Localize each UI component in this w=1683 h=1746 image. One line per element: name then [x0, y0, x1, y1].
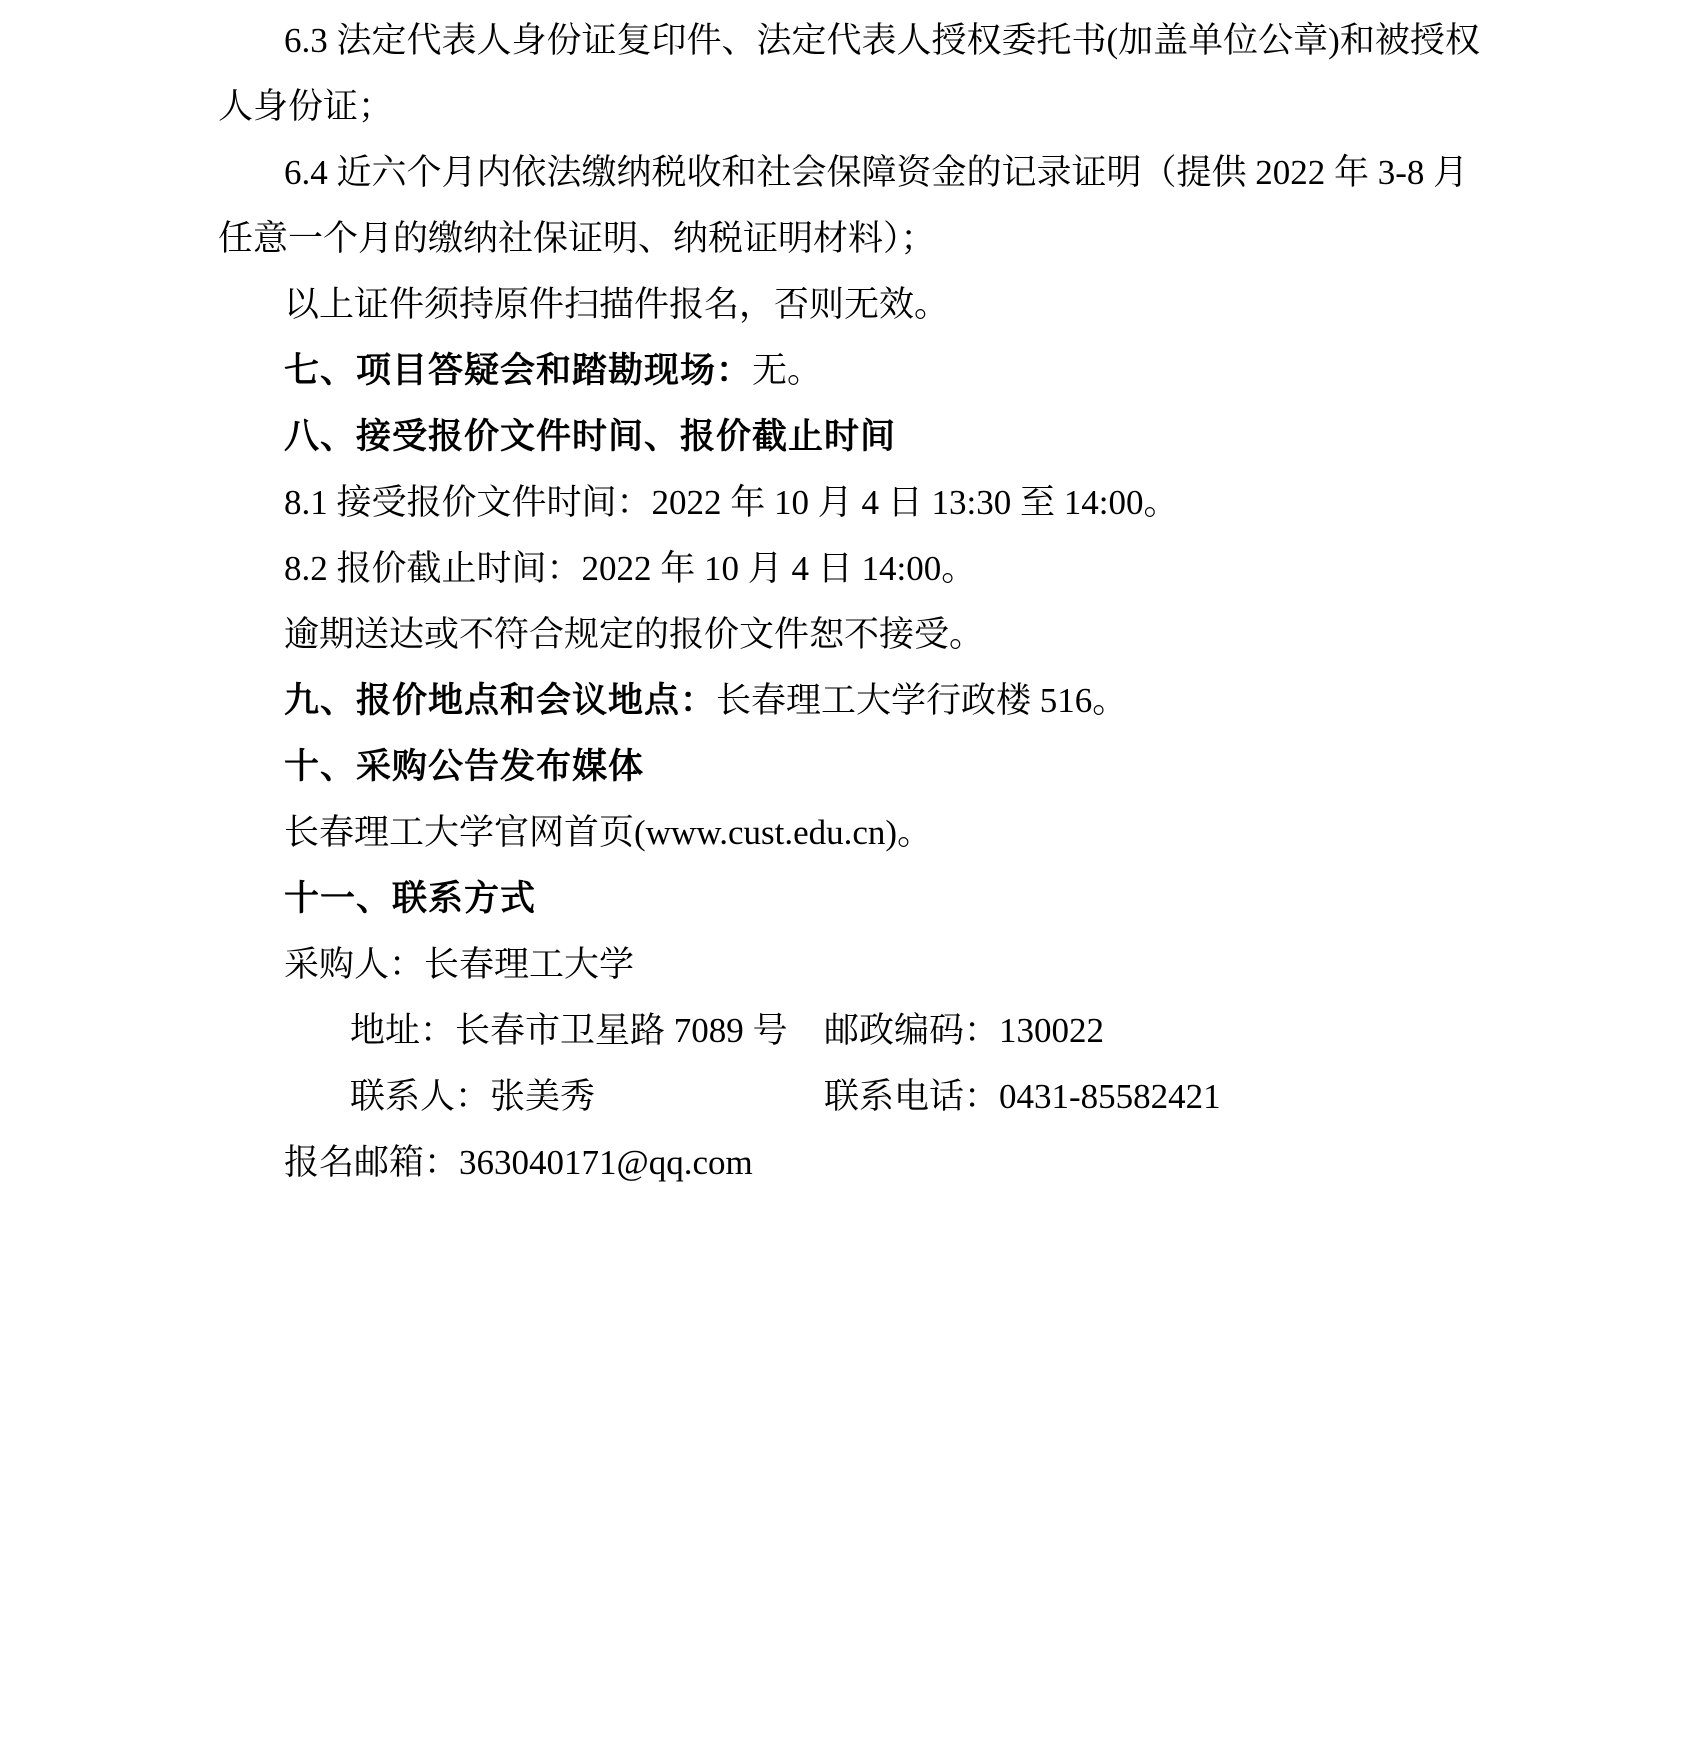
- text-announcement-media: 长春理工大学官网首页(www.cust.edu.cn)。: [218, 800, 1498, 866]
- text-8-2: 8.2 报价截止时间：2022 年 10 月 4 日 14:00。: [218, 536, 1498, 602]
- text-8-1: 8.1 接受报价文件时间：2022 年 10 月 4 日 13:30 至 14:…: [218, 470, 1498, 536]
- section-7-line: 七、项目答疑会和踏勘现场：无。: [218, 338, 1498, 404]
- text-purchaser: 采购人：长春理工大学: [218, 932, 1498, 998]
- note-late-submissions: 逾期送达或不符合规定的报价文件恕不接受。: [218, 602, 1498, 668]
- text-6-3-line-1: 6.3 法定代表人身份证复印件、法定代表人授权委托书(加盖单位公章)和被授权: [218, 8, 1498, 74]
- section-9-heading: 九、报价地点和会议地点：: [284, 681, 716, 721]
- section-7-heading: 七、项目答疑会和踏勘现场：: [284, 351, 752, 391]
- section-11-heading: 十一、联系方式: [218, 866, 1498, 932]
- text-6-4-line-2: 任意一个月的缴纳社保证明、纳税证明材料）；: [218, 206, 1498, 272]
- section-9-line: 九、报价地点和会议地点：长春理工大学行政楼 516。: [218, 668, 1498, 734]
- text-contact-person: 联系人：张美秀: [284, 1064, 824, 1130]
- document-body: 6.3 法定代表人身份证复印件、法定代表人授权委托书(加盖单位公章)和被授权 人…: [0, 0, 1683, 1196]
- document-page: 6.3 法定代表人身份证复印件、法定代表人授权委托书(加盖单位公章)和被授权 人…: [0, 0, 1683, 1746]
- note-originals-required: 以上证件须持原件扫描件报名，否则无效。: [218, 272, 1498, 338]
- section-9-value: 长春理工大学行政楼 516。: [716, 681, 1127, 720]
- section-8-heading: 八、接受报价文件时间、报价截止时间: [218, 404, 1498, 470]
- text-signup-email: 报名邮箱：363040171@qq.com: [218, 1130, 1498, 1196]
- text-address: 地址：长春市卫星路 7089 号: [284, 998, 824, 1064]
- text-6-3-line-2: 人身份证；: [218, 74, 1498, 140]
- section-10-heading: 十、采购公告发布媒体: [218, 734, 1498, 800]
- text-postcode: 邮政编码：130022: [824, 1011, 1104, 1050]
- text-contact-phone: 联系电话：0431-85582421: [824, 1077, 1221, 1116]
- text-6-4-line-1: 6.4 近六个月内依法缴纳税收和社会保障资金的记录证明（提供 2022 年 3-…: [218, 140, 1498, 206]
- section-7-value: 无。: [752, 351, 822, 390]
- contact-person-row: 联系人：张美秀联系电话：0431-85582421: [218, 1064, 1498, 1130]
- contact-address-row: 地址：长春市卫星路 7089 号邮政编码：130022: [218, 998, 1498, 1064]
